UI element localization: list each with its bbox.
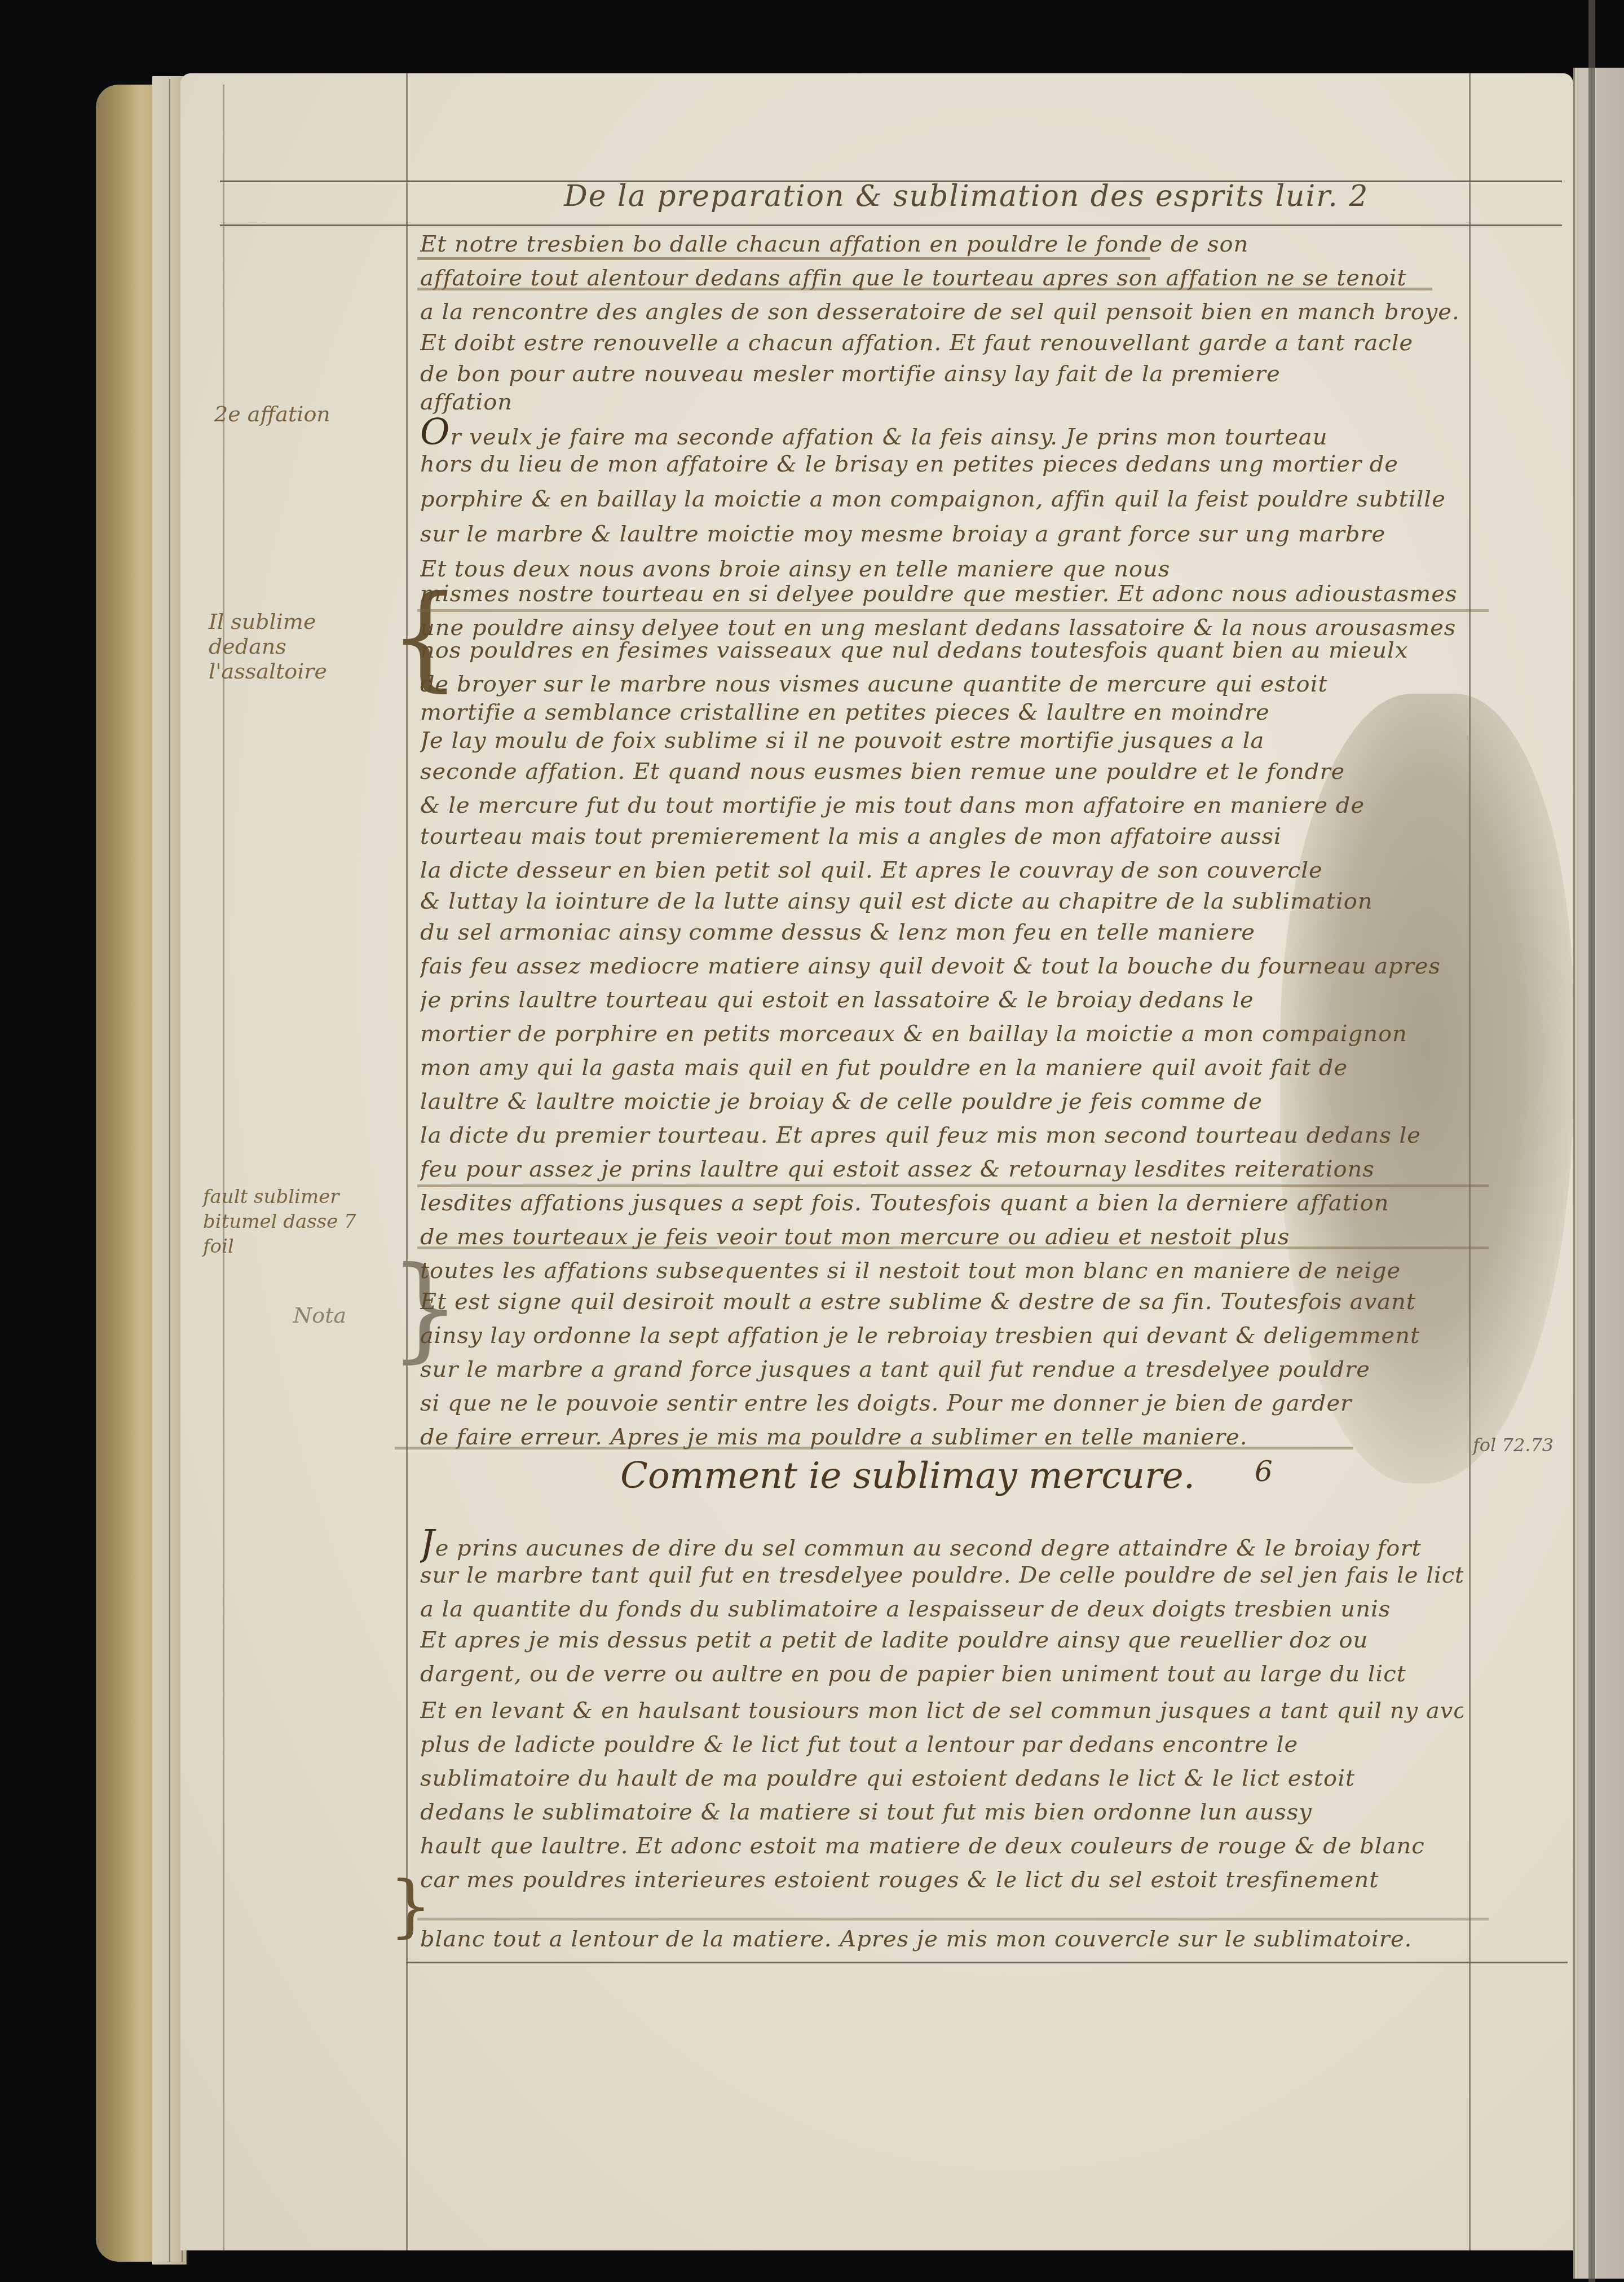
text-line: seconde affation. Et quand nous eusmes b… xyxy=(420,759,1463,785)
text-line: a la rencontre des angles de son dessera… xyxy=(420,299,1463,325)
text-line: porphire & en baillay la moictie a mon c… xyxy=(420,486,1463,512)
text-line: dargent, ou de verre ou aultre en pou de… xyxy=(420,1661,1463,1687)
text-line: lesdites affations jusques a sept fois. … xyxy=(420,1190,1463,1216)
text-line: mon amy qui la gasta mais quil en fut po… xyxy=(420,1055,1463,1081)
scan-holder-bar xyxy=(1588,0,1595,2282)
text-line: & le mercure fut du tout mortifie je mis… xyxy=(420,792,1463,818)
struck-line xyxy=(417,1246,1489,1249)
text-line: Et apres je mis dessus petit a petit de … xyxy=(420,1627,1463,1653)
text-line: toutes les affations subsequentes si il … xyxy=(420,1258,1463,1284)
text-line: mortier de porphire en petits morceaux &… xyxy=(420,1021,1463,1047)
page-heading: De la preparation & sublimation des espr… xyxy=(564,179,1369,213)
text-line: & luttay la iointure de la lutte ainsy q… xyxy=(420,888,1463,914)
struck-line xyxy=(417,1184,1489,1187)
text-line: mortifie a semblance cristalline en peti… xyxy=(420,699,1463,725)
margin-note-7-foil: fault sublimer bitumel dasse 7 foil xyxy=(203,1184,389,1259)
text-line: car mes pouldres interieures estoient ro… xyxy=(420,1867,1463,1893)
text-line: dedans le sublimatoire & la matiere si t… xyxy=(420,1799,1463,1825)
text-line: Et doibt estre renouvelle a chacun affat… xyxy=(420,330,1463,356)
text-line: je prins laultre tourteau qui estoit en … xyxy=(420,987,1463,1013)
struck-line xyxy=(417,1918,1489,1920)
text-line: tourteau mais tout premierement la mis a… xyxy=(420,823,1463,849)
text-line: laultre & laultre moictie je broiay & de… xyxy=(420,1089,1463,1114)
text-line: Je prins aucunes de dire du sel commun a… xyxy=(420,1523,1463,1565)
text-line: de broyer sur le marbre nous vismes aucu… xyxy=(420,671,1463,697)
struck-line xyxy=(417,288,1432,290)
text-line: si que ne le pouvoie sentir entre les do… xyxy=(420,1390,1463,1416)
text-line: plus de ladicte pouldre & le lict fut to… xyxy=(420,1732,1463,1757)
text-line: hault que laultre. Et adonc estoit ma ma… xyxy=(420,1833,1463,1859)
section-number: 6 xyxy=(1255,1455,1273,1488)
struck-line xyxy=(395,1447,1353,1450)
text-line: sur le marbre & laultre moictie moy mesm… xyxy=(420,521,1463,547)
text-line: sublimatoire du hault de ma pouldre qui … xyxy=(420,1765,1463,1791)
facing-page-edge xyxy=(1573,68,1624,2279)
margin-note-folio-ref: fol 72.73 xyxy=(1473,1433,1563,1457)
bottom-rule xyxy=(406,1962,1568,1963)
struck-line xyxy=(417,609,1489,612)
text-line: Et est signe quil desiroit moult a estre… xyxy=(420,1289,1463,1315)
struck-line xyxy=(417,257,1150,260)
text-line: a la quantite du fonds du sublimatoire a… xyxy=(420,1596,1463,1622)
text-line: la dicte desseur en bien petit sol quil.… xyxy=(420,857,1463,883)
margin-note-sublime-dedans: Il sublime dedans l'assaltoire xyxy=(209,609,395,684)
text-line: de bon pour autre nouveau mesler mortifi… xyxy=(420,361,1463,387)
text-line: nos pouldres en fesimes vaisseaux que nu… xyxy=(420,637,1463,663)
text-line: sur le marbre tant quil fut en tresdelye… xyxy=(420,1562,1463,1588)
margin-note-2e-affation: 2e affation xyxy=(214,402,383,426)
text-line: blanc tout a lentour de la matiere. Apre… xyxy=(420,1926,1463,1952)
heading-rule xyxy=(220,224,1562,226)
section-title: Comment ie sublimay mercure. xyxy=(620,1455,1195,1497)
text-line: Or veulx je faire ma seconde affation & … xyxy=(420,412,1463,453)
text-line: hors du lieu de mon affatoire & le brisa… xyxy=(420,451,1463,477)
text-line: Je lay moulu de foix sublime si il ne po… xyxy=(420,728,1463,754)
text-line: du sel armoniac ainsy comme dessus & len… xyxy=(420,919,1463,945)
text-line: mismes nostre tourteau en si delyee poul… xyxy=(420,581,1463,607)
text-line: la dicte du premier tourteau. Et apres q… xyxy=(420,1122,1463,1148)
text-line: ainsy lay ordonne la sept affation je le… xyxy=(420,1323,1463,1349)
text-line: Et notre tresbien bo dalle chacun affati… xyxy=(420,231,1463,257)
margin-note-nota: Nota xyxy=(293,1303,378,1328)
text-line: sur le marbre a grand force jusques a ta… xyxy=(420,1356,1463,1382)
text-line: fais feu assez mediocre matiere ainsy qu… xyxy=(420,953,1463,979)
text-line: feu pour assez je prins laultre qui esto… xyxy=(420,1156,1463,1182)
text-line: Et tous deux nous avons broie ainsy en t… xyxy=(420,556,1463,582)
book-cover-edge xyxy=(96,85,158,2262)
text-line: Et en levant & en haulsant tousiours mon… xyxy=(420,1698,1463,1724)
